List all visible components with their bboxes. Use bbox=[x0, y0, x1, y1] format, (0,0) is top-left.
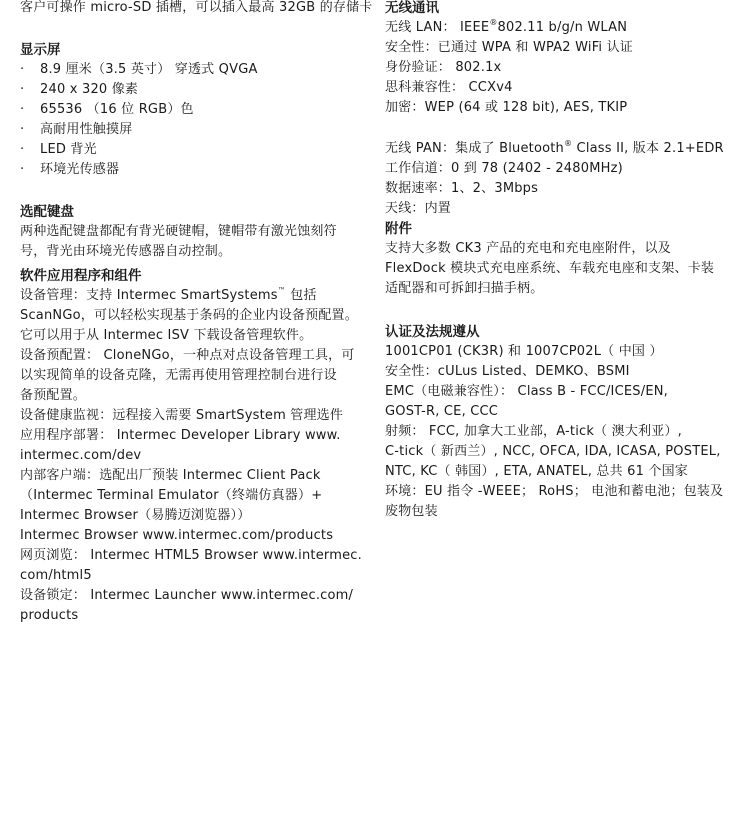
registered-symbol: ® bbox=[489, 18, 497, 27]
accessories-line: FlexDock 模块式充电座系统、车载充电座和支架、卡装 bbox=[385, 259, 735, 279]
certification-line: GOST-R, CE, CCC bbox=[385, 402, 735, 422]
certification-line: EMC（电磁兼容性）： Class B - FCC/ICES/EN, bbox=[385, 382, 735, 402]
list-item: ·高耐用性触摸屏 bbox=[20, 120, 365, 140]
software-link-dev: intermec.com/dev bbox=[20, 446, 365, 466]
list-item: ·8.9 厘米（3.5 英寸） 穿透式 QVGA bbox=[20, 60, 365, 80]
software-line: （Intermec Terminal Emulator（终端仿真器）+ bbox=[20, 486, 365, 506]
wireless-line: 天线：内置 bbox=[385, 199, 735, 219]
registered-symbol: ® bbox=[564, 139, 572, 148]
list-item: ·LED 背光 bbox=[20, 140, 365, 160]
wireless-heading: 无线通讯 bbox=[385, 0, 735, 18]
software-link-products: Intermec Browser www.intermec.com/produc… bbox=[20, 526, 365, 546]
certification-line: NTC, KC（ 韩国）, ETA, ANATEL, 总共 61 个国家 bbox=[385, 462, 735, 482]
keyboard-text: 两种选配键盘都配有背光硬键帽，键帽带有激光蚀刻符 bbox=[20, 222, 365, 242]
wireless-line: 思科兼容性： CCXv4 bbox=[385, 78, 735, 98]
certification-line: 安全性：cULus Listed、DEMKO、BSMI bbox=[385, 362, 735, 382]
software-line: 设备预配置： CloneNGo，一种点对点设备管理工具，可 bbox=[20, 346, 365, 366]
software-line: 设备健康监视：远程接入需要 SmartSystem 管理选件 bbox=[20, 406, 365, 426]
certification-line: 环境：EU 指令 -WEEE； RoHS； 电池和蓄电池；包装及 bbox=[385, 482, 735, 502]
certification-line: 废物包装 bbox=[385, 502, 735, 522]
software-line: 备预配置。 bbox=[20, 386, 365, 406]
wireless-line: 身份验证： 802.1x bbox=[385, 58, 735, 78]
software-line: 设备锁定： Intermec Launcher www.intermec.com… bbox=[20, 586, 365, 606]
software-heading: 软件应用程序和组件 bbox=[20, 266, 365, 286]
keyboard-heading: 选配键盘 bbox=[20, 202, 365, 222]
software-line: ScanNGo，可以轻松实现基于条码的企业内设备预配置。 bbox=[20, 306, 365, 326]
accessories-line: 适配器和可拆卸扫描手柄。 bbox=[385, 279, 735, 299]
wireless-line: 加密：WEP (64 或 128 bit), AES, TKIP bbox=[385, 98, 735, 118]
certification-line: 1001CP01 (CK3R) 和 1007CP02L（ 中国 ） bbox=[385, 342, 735, 362]
software-line: 内部客户端：选配出厂预装 Intermec Client Pack bbox=[20, 466, 365, 486]
sd-slot-text: 客户可操作 micro-SD 插槽，可以插入最高 32GB 的存储卡 bbox=[20, 0, 365, 18]
trademark-symbol: ™ bbox=[278, 286, 286, 295]
list-item: ·65536 （16 位 RGB）色 bbox=[20, 100, 365, 120]
accessories-heading: 附件 bbox=[385, 219, 735, 239]
wlan-line: 无线 LAN： IEEE®802.11 b/g/n WLAN bbox=[385, 18, 735, 38]
software-line: 设备管理：支持 Intermec SmartSystems™ 包括 bbox=[20, 286, 365, 306]
software-line: Intermec Browser（易腾迈浏览器）） bbox=[20, 506, 365, 526]
certification-heading: 认证及法规遵从 bbox=[385, 322, 735, 342]
list-item: ·环境光传感器 bbox=[20, 160, 365, 180]
software-link-html5: com/html5 bbox=[20, 566, 365, 586]
display-list: ·8.9 厘米（3.5 英寸） 穿透式 QVGA ·240 x 320 像素 ·… bbox=[20, 60, 365, 180]
wireless-line: 工作信道：0 到 78 (2402 - 2480MHz) bbox=[385, 159, 735, 179]
display-heading: 显示屏 bbox=[20, 40, 365, 60]
wireless-line: 数据速率：1、2、3Mbps bbox=[385, 179, 735, 199]
certification-line: C-tick（ 新西兰）, NCC, OFCA, IDA, ICASA, POS… bbox=[385, 442, 735, 462]
software-line: 应用程序部署： Intermec Developer Library www. bbox=[20, 426, 365, 446]
software-line: 网页浏览： Intermec HTML5 Browser www.interme… bbox=[20, 546, 365, 566]
software-link-products: products bbox=[20, 606, 365, 626]
right-column: 无线通讯 无线 LAN： IEEE®802.11 b/g/n WLAN 安全性：… bbox=[385, 0, 735, 522]
wireless-line: 安全性：已通过 WPA 和 WPA2 WiFi 认证 bbox=[385, 38, 735, 58]
wpan-line: 无线 PAN：集成了 Bluetooth® Class II, 版本 2.1+E… bbox=[385, 139, 735, 159]
left-column: 客户可操作 micro-SD 插槽，可以插入最高 32GB 的存储卡 显示屏 ·… bbox=[20, 0, 365, 626]
keyboard-text: 号，背光由环境光传感器自动控制。 bbox=[20, 242, 365, 262]
certification-line: 射频： FCC, 加拿大工业部，A-tick（ 澳大利亚）, bbox=[385, 422, 735, 442]
software-line: 它可以用于从 Intermec ISV 下载设备管理软件。 bbox=[20, 326, 365, 346]
accessories-line: 支持大多数 CK3 产品的充电和充电座附件，以及 bbox=[385, 239, 735, 259]
list-item: ·240 x 320 像素 bbox=[20, 80, 365, 100]
software-line: 以实现简单的设备克隆，无需再使用管理控制台进行设 bbox=[20, 366, 365, 386]
